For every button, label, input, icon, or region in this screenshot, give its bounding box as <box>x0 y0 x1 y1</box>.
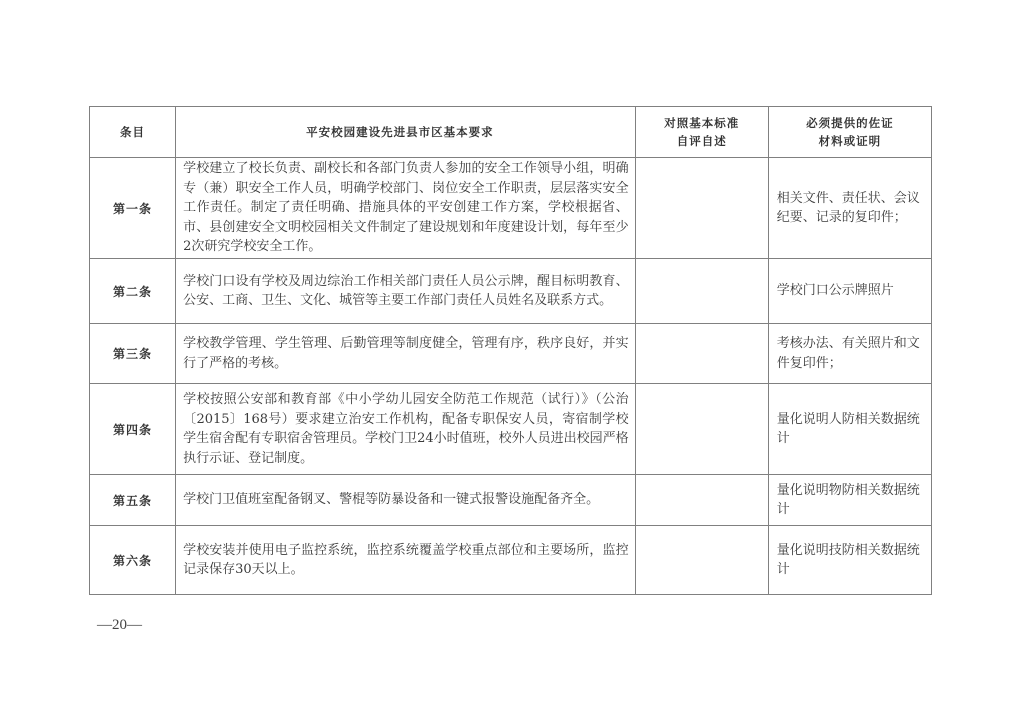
row-evidence: 量化说明物防相关数据统计 <box>768 475 931 526</box>
requirements-table: 条目 平安校园建设先进县市区基本要求 对照基本标准 自评自述 必须提供的佐证 材… <box>89 106 932 595</box>
row-requirement: 学校安装并使用电子监控系统，监控系统覆盖学校重点部位和主要场所，监控记录保存30… <box>176 526 636 595</box>
row-evidence: 量化说明人防相关数据统计 <box>768 384 931 475</box>
row-item: 第四条 <box>90 384 176 475</box>
table-row: 第一条 学校建立了校长负责、副校长和各部门负责人参加的安全工作领导小组，明确专（… <box>90 158 932 259</box>
row-evidence: 相关文件、责任状、会议纪要、记录的复印件； <box>768 158 931 259</box>
header-item: 条目 <box>90 107 176 158</box>
row-item: 第五条 <box>90 475 176 526</box>
row-requirement: 学校门卫值班室配备钢叉、警棍等防暴设备和一键式报警设施配备齐全。 <box>176 475 636 526</box>
header-evidence-line1: 必须提供的佐证 <box>769 114 931 132</box>
header-evidence-line2: 材料或证明 <box>769 132 931 150</box>
row-item: 第三条 <box>90 324 176 384</box>
row-self-evaluation[interactable] <box>635 384 768 475</box>
row-evidence: 考核办法、有关照片和文件复印件； <box>768 324 931 384</box>
table-row: 第三条 学校教学管理、学生管理、后勤管理等制度健全，管理有序，秩序良好，并实行了… <box>90 324 932 384</box>
row-evidence: 学校门口公示牌照片 <box>768 259 931 324</box>
table-header-row: 条目 平安校园建设先进县市区基本要求 对照基本标准 自评自述 必须提供的佐证 材… <box>90 107 932 158</box>
row-requirement: 学校按照公安部和教育部《中小学幼儿园安全防范工作规范（试行）》（公治〔2015〕… <box>176 384 636 475</box>
header-self-evaluation-line2: 自评自述 <box>636 132 768 150</box>
header-self-evaluation: 对照基本标准 自评自述 <box>635 107 768 158</box>
row-self-evaluation[interactable] <box>635 526 768 595</box>
table-row: 第二条 学校门口设有学校及周边综治工作相关部门责任人员公示牌，醒目标明教育、公安… <box>90 259 932 324</box>
table-row: 第五条 学校门卫值班室配备钢叉、警棍等防暴设备和一键式报警设施配备齐全。 量化说… <box>90 475 932 526</box>
table-row: 第四条 学校按照公安部和教育部《中小学幼儿园安全防范工作规范（试行）》（公治〔2… <box>90 384 932 475</box>
row-item: 第二条 <box>90 259 176 324</box>
row-evidence: 量化说明技防相关数据统计 <box>768 526 931 595</box>
header-self-evaluation-line1: 对照基本标准 <box>636 114 768 132</box>
row-item: 第六条 <box>90 526 176 595</box>
row-self-evaluation[interactable] <box>635 259 768 324</box>
header-evidence: 必须提供的佐证 材料或证明 <box>768 107 931 158</box>
row-self-evaluation[interactable] <box>635 475 768 526</box>
row-item: 第一条 <box>90 158 176 259</box>
row-self-evaluation[interactable] <box>635 324 768 384</box>
row-self-evaluation[interactable] <box>635 158 768 259</box>
row-requirement: 学校门口设有学校及周边综治工作相关部门责任人员公示牌，醒目标明教育、公安、工商、… <box>176 259 636 324</box>
table-row: 第六条 学校安装并使用电子监控系统，监控系统覆盖学校重点部位和主要场所，监控记录… <box>90 526 932 595</box>
header-requirement: 平安校园建设先进县市区基本要求 <box>176 107 636 158</box>
page-number: —20— <box>97 617 142 634</box>
row-requirement: 学校教学管理、学生管理、后勤管理等制度健全，管理有序，秩序良好，并实行了严格的考… <box>176 324 636 384</box>
row-requirement: 学校建立了校长负责、副校长和各部门负责人参加的安全工作领导小组，明确专（兼）职安… <box>176 158 636 259</box>
